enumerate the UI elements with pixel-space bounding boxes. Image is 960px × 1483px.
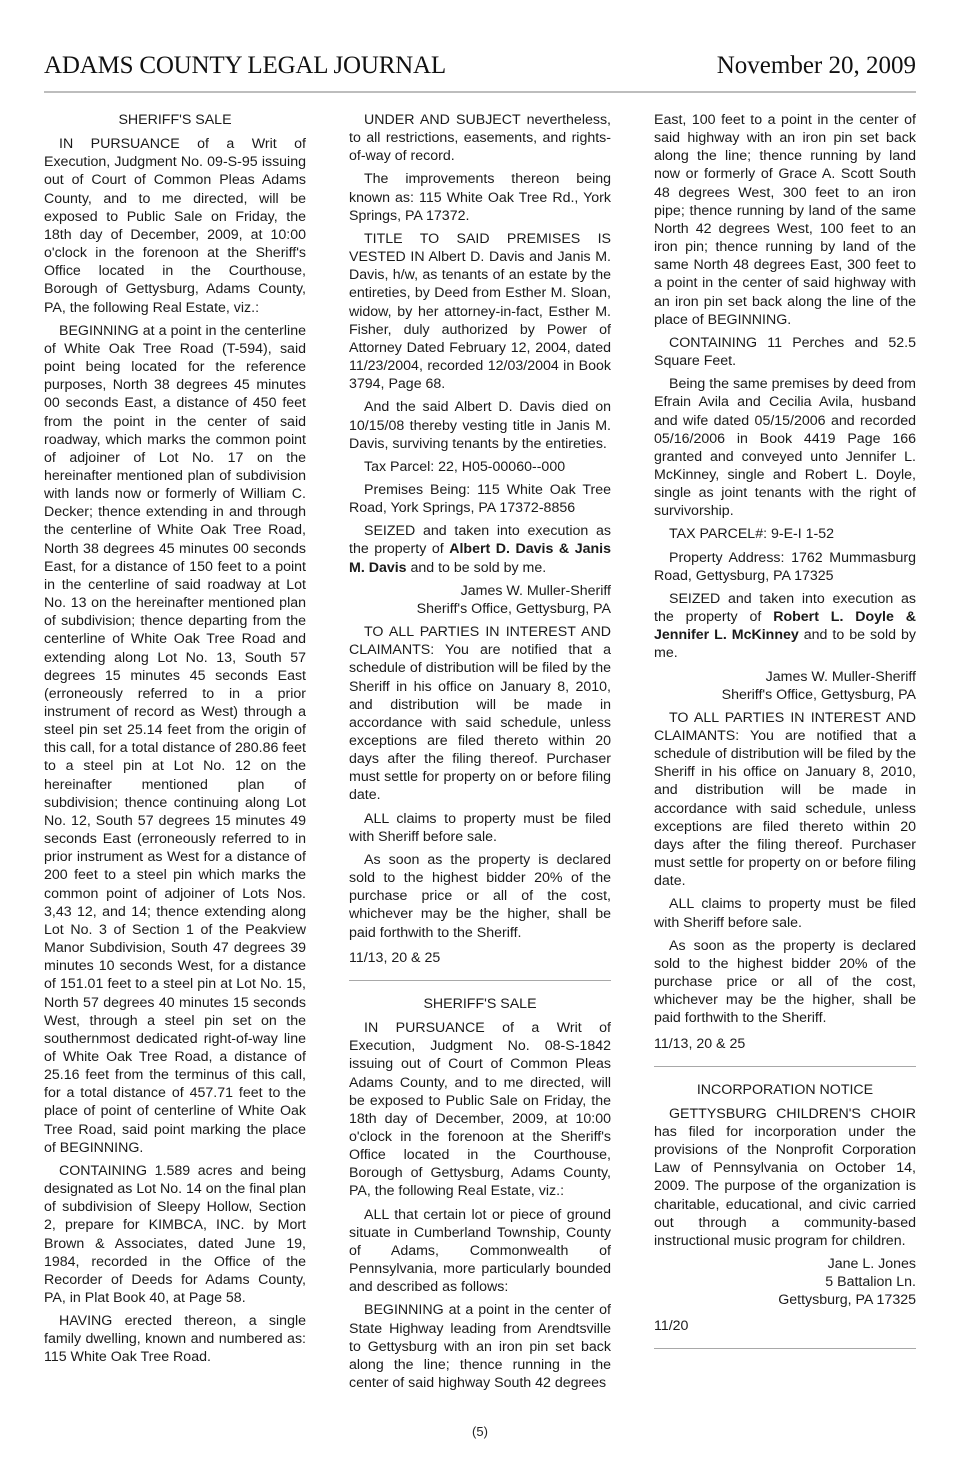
sale1-improvements: The improvements thereon being known as:… — [349, 170, 611, 224]
signer-name: Jane L. Jones — [654, 1255, 916, 1273]
incorporation-signature: Jane L. Jones 5 Battalion Ln. Gettysburg… — [654, 1255, 916, 1309]
sale1-containing: CONTAINING 1.589 acres and being designa… — [44, 1162, 306, 1307]
sale2-containing: CONTAINING 11 Perches and 52.5 Square Fe… — [654, 334, 916, 370]
sale1-signature: James W. Muller-Sheriff Sheriff's Office… — [349, 582, 611, 618]
notice-divider — [654, 1348, 916, 1349]
sale1-pursuance: IN PURSUANCE of a Writ of Execution, Jud… — [44, 135, 306, 317]
column-1: SHERIFF'S SALE IN PURSUANCE of a Writ of… — [44, 111, 306, 1372]
sale1-title: TITLE TO SAID PREMISES IS VESTED IN Albe… — [349, 230, 611, 393]
sale2-signature: James W. Muller-Sheriff Sheriff's Office… — [654, 668, 916, 704]
signer-city: Gettysburg, PA 17325 — [654, 1291, 916, 1309]
sale1-under-subject: UNDER AND SUBJECT nevertheless, to all r… — [349, 111, 611, 165]
sale2-dateline: 11/13, 20 & 25 — [654, 1035, 916, 1053]
sheriff-name: James W. Muller-Sheriff — [349, 582, 611, 600]
sale2-being-same: Being the same premises by deed from Efr… — [654, 375, 916, 520]
sale2-heading: SHERIFF'S SALE — [349, 995, 611, 1013]
sale2-seized: SEIZED and taken into execution as the p… — [654, 590, 916, 663]
sale2-all-that: ALL that certain lot or piece of ground … — [349, 1206, 611, 1297]
sheriff-name: James W. Muller-Sheriff — [654, 668, 916, 686]
sale1-beginning: BEGINNING at a point in the centerline o… — [44, 322, 306, 1157]
sale2-beginning-part2: East, 100 feet to a point in the center … — [654, 111, 916, 329]
sale1-payment: As soon as the property is declared sold… — [349, 851, 611, 942]
seized-suffix: and to be sold by me. — [407, 560, 547, 576]
incorporation-dateline: 11/20 — [654, 1317, 916, 1335]
sale1-dateline: 11/13, 20 & 25 — [349, 949, 611, 967]
sale1-seized: SEIZED and taken into execution as the p… — [349, 522, 611, 576]
sale1-died: And the said Albert D. Davis died on 10/… — [349, 398, 611, 452]
sale2-claims: ALL claims to property must be filed wit… — [654, 895, 916, 931]
notice-divider — [654, 1066, 916, 1067]
sale1-premises: Premises Being: 115 White Oak Tree Road,… — [349, 481, 611, 517]
sale2-payment: As soon as the property is declared sold… — [654, 937, 916, 1028]
sale1-heading: SHERIFF'S SALE — [44, 111, 306, 129]
sale2-parties-notice: TO ALL PARTIES IN INTEREST AND CLAIMANTS… — [654, 709, 916, 891]
sheriff-office: Sheriff's Office, Gettysburg, PA — [349, 600, 611, 618]
column-2: UNDER AND SUBJECT nevertheless, to all r… — [349, 111, 611, 1397]
page-number: (5) — [0, 1424, 960, 1439]
incorporation-body: GETTYSBURG CHILDREN'S CHOIR has filed fo… — [654, 1105, 916, 1250]
notice-divider — [349, 980, 611, 981]
sale2-pursuance: IN PURSUANCE of a Writ of Execution, Jud… — [349, 1019, 611, 1201]
sale1-tax-parcel: Tax Parcel: 22, H05-00060--000 — [349, 458, 611, 476]
sale2-property-address: Property Address: 1762 Mummasburg Road, … — [654, 549, 916, 585]
sale1-claims: ALL claims to property must be filed wit… — [349, 810, 611, 846]
journal-title: ADAMS COUNTY LEGAL JOURNAL — [44, 52, 446, 80]
sale2-tax-parcel: TAX PARCEL#: 9-E-I 1-52 — [654, 525, 916, 543]
sheriff-office: Sheriff's Office, Gettysburg, PA — [654, 686, 916, 704]
column-3: East, 100 feet to a point in the center … — [654, 111, 916, 1363]
page-header: ADAMS COUNTY LEGAL JOURNAL November 20, … — [44, 52, 916, 92]
sale1-having: HAVING erected thereon, a single family … — [44, 1312, 306, 1366]
header-divider — [44, 91, 916, 93]
sale2-beginning-part1: BEGINNING at a point in the center of St… — [349, 1301, 611, 1392]
issue-date: November 20, 2009 — [717, 52, 916, 80]
incorporation-heading: INCORPORATION NOTICE — [654, 1081, 916, 1099]
sale1-parties-notice: TO ALL PARTIES IN INTEREST AND CLAIMANTS… — [349, 623, 611, 805]
signer-street: 5 Battalion Ln. — [654, 1273, 916, 1291]
